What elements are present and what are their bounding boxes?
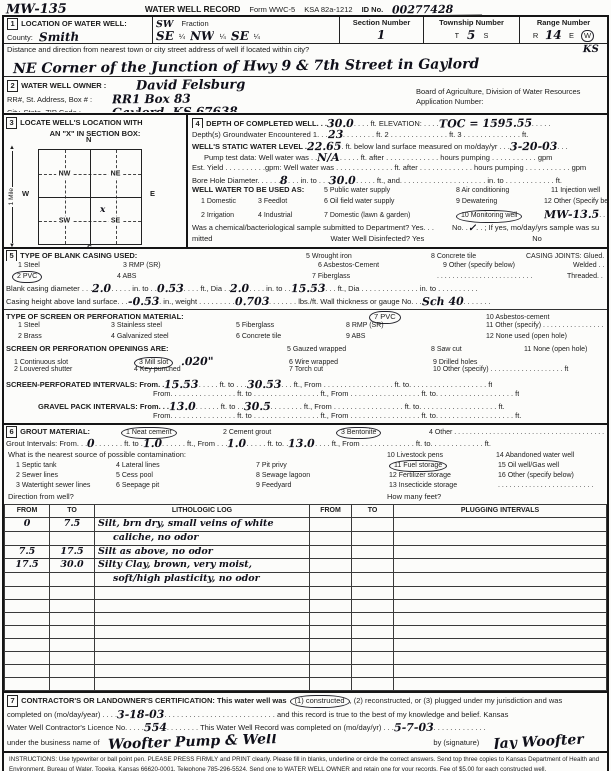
quadrant-sw: SW: [56, 216, 73, 225]
range-value: 14: [545, 29, 562, 41]
option: 1 Domestic: [201, 197, 258, 206]
option: 5 Wrought iron: [306, 252, 431, 261]
section-6-number: 6: [6, 426, 17, 438]
county-label: County:: [7, 33, 33, 43]
option: 9 ABS: [346, 332, 486, 341]
log-cell: [310, 587, 352, 600]
option: 7 Pit privy: [256, 461, 389, 470]
option: 4 Lateral lines: [116, 461, 256, 470]
section-3-number: 3: [6, 117, 17, 129]
casing-diameter-value-1: 2.0: [92, 282, 111, 293]
licence-number-value: 554: [144, 722, 167, 733]
township-value: 5: [467, 29, 475, 41]
log-cell: [394, 652, 607, 665]
log-cell: [50, 678, 95, 691]
locate-heading-1: LOCATE WELL'S LOCATION WITH: [20, 118, 142, 128]
option: 6 Oil field water supply: [324, 197, 456, 206]
certification-text-1: , (2) reconstructed, or (3) plugged unde…: [350, 696, 563, 706]
pvc-option: 2 PVC: [12, 271, 42, 283]
option: 9 Feedyard: [256, 481, 389, 490]
section-number-cell: Section Number 1: [339, 17, 423, 43]
static-water-date-value: 3-20-03: [510, 141, 558, 152]
option-pvc-circled: 2 PVC: [12, 271, 117, 283]
casing-depth-value-1: 0.53: [157, 282, 184, 293]
grout-to-2-value: 13.0: [288, 438, 315, 449]
constructed-option: (1) constructed: [295, 696, 345, 706]
distance-value: NE Corner of the Junction of Hwy 9 & 7th…: [7, 53, 604, 76]
casing-diameter-value-2: 2.0: [230, 282, 249, 293]
casing-heading-cell: 5TYPE OF BLANK CASING USED:: [6, 250, 306, 261]
licence-label: Water Well Contractor's Licence No. . . …: [7, 723, 144, 733]
bentonite-option: 3 Bentonite: [336, 427, 381, 439]
section-grout: 6GROUT MATERIAL:1 Neat cement2 Cement gr…: [4, 423, 607, 504]
table-row: [5, 678, 607, 691]
log-cell: [352, 559, 394, 573]
dots: . . .: [557, 142, 567, 151]
option: 1 Steel: [18, 261, 123, 270]
monitoring-well-option: 10 Monitoring well: [456, 210, 522, 222]
table-row: 17.530.0Silty Clay, brown, very moist,: [5, 559, 607, 573]
range-w-circled: W: [581, 30, 594, 42]
form-body: 1LOCATION OF WATER WELL: County:Smith SW…: [2, 15, 609, 771]
dots: . . . . ft., Dia . .: [184, 284, 231, 294]
log-header-plugging: PLUGGING INTERVALS: [394, 505, 607, 518]
dots: . . . . . . . . . . . . . . . . . . . . …: [437, 272, 532, 281]
contamination-question: What is the nearest source of possible c…: [6, 450, 387, 460]
casing-diameter-label: Blank casing diameter . . .: [6, 284, 92, 294]
log-header-row: FROM TO LITHOLOGIC LOG FROM TO PLUGGING …: [5, 505, 607, 518]
casing-height-value: -0.53: [128, 295, 159, 306]
option: 10 Other (specify) . . . . . . . . . . .…: [433, 365, 605, 374]
table-row: [5, 652, 607, 665]
screen-intervals-label: SCREEN-PERFORATED INTERVALS: From. .: [6, 380, 164, 389]
option: 11 Injection well: [551, 186, 607, 195]
option: 4 Other . . . . . . . . . . . . . . . . …: [429, 428, 605, 437]
option: 12 None used (open hole): [486, 332, 605, 341]
dots: . . . . . . ft. to . .: [196, 402, 244, 411]
section-location: 1LOCATION OF WATER WELL: County:Smith SW…: [4, 17, 607, 44]
owner-city-label: City, State, ZIP Code :: [7, 108, 112, 112]
quarter-mark: ¼: [220, 32, 226, 42]
elevation-label: . . . . ft. ELEVATION: . . . .: [354, 119, 439, 128]
form-header: MW-135 WATER WELL RECORD Form WWC-5 KSA …: [2, 1, 609, 15]
depth-label: DEPTH OF COMPLETED WELL. . .: [206, 119, 327, 128]
option: 4 Galvanized steel: [111, 332, 236, 341]
log-cell: [5, 600, 50, 613]
log-cell: [5, 652, 50, 665]
log-cell: [352, 573, 394, 587]
compass-w: W: [22, 189, 29, 199]
board-line2: Application Number:: [416, 97, 604, 107]
elevation-value: TOC = 1595.55: [439, 118, 532, 129]
log-cell: [310, 518, 352, 532]
dots: . . . . . . . . ft., From . . . . . . . …: [271, 402, 505, 411]
use-heading: WELL WATER TO BE USED AS:: [192, 185, 324, 195]
wall-thickness-label: . . . . . . . lbs./ft. Wall thickness or…: [269, 297, 422, 307]
option: 5 Public water supply: [324, 186, 456, 195]
one-mile-scale: ▲1 Mile▼: [7, 145, 17, 247]
table-row: [5, 587, 607, 600]
owner-address-value: RR1 Box 83: [112, 93, 191, 106]
log-cell: [95, 600, 310, 613]
dots: . . . . . . . ft. to .: [95, 439, 143, 449]
option: 14 Abandoned water well: [496, 451, 605, 460]
pump-test-label: Pump test data: Well water was . .: [204, 153, 317, 162]
signature-value: Jay Woofter: [493, 734, 584, 749]
option: 6 Seepage pit: [116, 481, 256, 490]
completed-on-label: completed on (mo/day/year) . . . .: [7, 710, 117, 720]
sample-no-label: No. .: [452, 223, 468, 233]
option: 13 Insecticide storage: [389, 481, 498, 490]
casing-weight-value: 0.703: [235, 295, 270, 306]
option-monitoring-circled: 10 Monitoring well: [456, 210, 544, 222]
table-row: [5, 600, 607, 613]
arrow-down-icon: ▼: [9, 243, 15, 247]
static-date-label: . ft. below land surface measured on mo/…: [341, 142, 509, 151]
table-row: 7.517.5Silt as above, no odor: [5, 545, 607, 559]
distance-value-state: KS: [583, 45, 599, 76]
quarter-mark: ¼: [254, 32, 260, 42]
fraction-label: Fraction: [182, 19, 209, 29]
log-cell-to: 17.5: [50, 545, 95, 559]
log-cell: [5, 639, 50, 652]
option: 12 Other (Specify below): [544, 197, 607, 206]
option: 6 Asbestos-Cement: [318, 261, 443, 270]
log-header-from: FROM: [5, 505, 50, 518]
water-well-record-form: MW-135 WATER WELL RECORD Form WWC-5 KSA …: [0, 0, 611, 771]
dots: . . . . . in. to . .: [111, 284, 156, 294]
log-cell: [394, 545, 607, 559]
compass-e: E: [150, 189, 155, 199]
log-cell-text: soft/high plasticity, no odor: [95, 573, 310, 587]
log-cell: [310, 600, 352, 613]
section-screen-material: TYPE OF SCREEN OR PERFORATION MATERIAL:7…: [4, 310, 607, 344]
log-cell: [394, 518, 607, 532]
welded-label: Welded . . . . . . . . . . . . . . . . .: [538, 261, 605, 270]
log-cell-to: [50, 573, 95, 587]
option: 1 Steel: [18, 321, 111, 330]
well-x-mark: x: [100, 206, 105, 215]
dots: . . . . . . . . . . . . .: [434, 723, 486, 733]
option: 7 Domestic (lawn & garden): [324, 211, 456, 220]
fraction-value-3: SE: [231, 30, 249, 42]
dots: . . . . . . ft., From . . .: [162, 439, 227, 449]
log-cell: [5, 626, 50, 639]
grout-from-2-value: 1.0: [227, 438, 246, 449]
option: 8 Air conditioning: [456, 186, 551, 195]
dots: . . . . ft., From . . . . . . . . . . . …: [315, 439, 491, 449]
log-cell: [352, 626, 394, 639]
id-number-value: 00277428: [392, 4, 482, 17]
grout-intervals-label: Grout Intervals: From. . .: [6, 439, 87, 449]
section-3-4: 3LOCATE WELL'S LOCATION WITH AN "X" IN S…: [4, 115, 607, 249]
option: 12 Fertilizer storage: [389, 471, 498, 480]
log-cell: [352, 639, 394, 652]
log-cell: [50, 613, 95, 626]
section-1-number: 1: [7, 18, 18, 30]
log-cell: [310, 531, 352, 545]
direction-question: Direction from well?: [6, 492, 387, 502]
option: 5 Gauzed wrapped: [287, 345, 431, 354]
range-cell: Range Number R14EW: [519, 17, 607, 43]
option: 2 Sewer lines: [16, 471, 116, 480]
section-well-data: 4DEPTH OF COMPLETED WELL. . .30.0. . . .…: [188, 115, 607, 247]
owner-fields: 2WATER WELL OWNER :David Felsburg RR#, S…: [7, 78, 416, 112]
section-locate-box: 3LOCATE WELL'S LOCATION WITH AN "X" IN S…: [4, 115, 188, 247]
log-cell: [394, 559, 607, 573]
range-w: W: [584, 31, 591, 41]
casing-depth-value-2: 15.53: [291, 282, 326, 293]
log-cell: [95, 639, 310, 652]
township-s: S: [483, 31, 488, 41]
option: 3 Stainless steel: [111, 321, 236, 330]
log-cell: [352, 652, 394, 665]
dots: . . . in. to . . .: [288, 176, 329, 185]
dots: . . . . . ft. to. .: [247, 439, 289, 449]
log-cell: [50, 626, 95, 639]
wall-thickness-value: Sch 40: [422, 295, 464, 306]
distance-block: Distance and direction from nearest town…: [4, 44, 607, 77]
log-cell: [394, 639, 607, 652]
log-cell: [310, 613, 352, 626]
log-cell: [50, 587, 95, 600]
option: 2 Irrigation: [201, 211, 258, 220]
township-cell: Township Number T5S: [423, 17, 519, 43]
log-cell: [394, 626, 607, 639]
range-r: R: [533, 31, 538, 41]
table-row: [5, 639, 607, 652]
owner-city-value: Gaylord, KS 67638: [112, 106, 238, 112]
log-cell: [310, 665, 352, 678]
monitoring-well-value: MW-13.5: [544, 209, 599, 221]
log-cell-text: caliche, no odor: [95, 531, 310, 545]
option: 11 Other (specify) . . . . . . . . . . .…: [486, 321, 605, 330]
form-title: WATER WELL RECORD: [145, 4, 241, 15]
interval-continuation: From. . . . . . . . . . . . . . . . ft. …: [153, 389, 519, 399]
log-cell: [394, 573, 607, 587]
quadrant-ne: NE: [108, 169, 124, 178]
gravel-intervals-label: GRAVEL PACK INTERVALS: From. . .: [38, 402, 169, 411]
quarter-mark: ¼: [179, 32, 185, 42]
dots: . . . . .: [532, 119, 551, 128]
lithologic-log-table: FROM TO LITHOLOGIC LOG FROM TO PLUGGING …: [4, 504, 607, 691]
option: 2 Louvered shutter: [14, 365, 134, 374]
log-cell-to: 30.0: [50, 559, 95, 573]
range-e: E: [569, 31, 574, 41]
log-cell: [95, 613, 310, 626]
section-number-label: Section Number: [343, 18, 420, 28]
log-cell: [5, 613, 50, 626]
log-cell: [310, 573, 352, 587]
log-cell: [394, 613, 607, 626]
casing-joints-label: CASING JOINTS: Glued. . . . . . Clamped.…: [526, 252, 605, 261]
dots: . . . . . . . . . .: [599, 211, 607, 220]
table-row: caliche, no odor: [5, 531, 607, 545]
log-cell: [352, 613, 394, 626]
sample-no-check: ✓: [468, 223, 476, 233]
section-number-value: 1: [377, 29, 385, 41]
dots: . . . . . ft. to . . .: [199, 380, 247, 389]
dots: . . . . . . .: [464, 297, 491, 307]
fraction-pre-value: SW: [156, 20, 174, 29]
log-header-to: TO: [50, 505, 95, 518]
section-owner: 2WATER WELL OWNER :David Felsburg RR#, S…: [4, 77, 607, 115]
log-cell: [352, 665, 394, 678]
sample-question: Was a chemical/bacteriological sample su…: [192, 223, 434, 233]
range-label: Range Number: [523, 18, 604, 28]
table-row: soft/high plasticity, no odor: [5, 573, 607, 587]
depth-completed-value: 30.0: [327, 118, 354, 129]
casing-height-label: Casing height above land surface. . .: [6, 297, 128, 307]
county-cell: 1LOCATION OF WATER WELL: County:Smith: [4, 17, 152, 43]
option: 6 Concrete tile: [236, 332, 346, 341]
option: 9 Dewatering: [456, 197, 544, 206]
log-cell-text: Silt as above, no odor: [95, 545, 310, 559]
sample-question-3: mitted: [192, 234, 212, 244]
table-row: [5, 665, 607, 678]
log-cell: [95, 652, 310, 665]
section-5-number: 5: [6, 250, 17, 261]
log-cell: [394, 587, 607, 600]
option-bentonite-circled: 3 Bentonite: [336, 427, 429, 439]
log-cell-from: 17.5: [5, 559, 50, 573]
log-cell: [50, 652, 95, 665]
log-cell-from: [5, 573, 50, 587]
option: 10 Livestock pens: [387, 451, 496, 460]
option: 8 Saw cut: [431, 345, 524, 354]
log-cell: [394, 678, 607, 691]
option: 7 Torch cut: [289, 365, 433, 374]
log-cell: [5, 665, 50, 678]
option: 16 Other (specify below): [498, 471, 605, 480]
log-cell: [5, 587, 50, 600]
table-row: [5, 626, 607, 639]
log-cell: [50, 639, 95, 652]
bore-depth-value: 30.0: [329, 175, 356, 186]
township-t: T: [455, 31, 460, 41]
form-number: Form WWC-5: [249, 5, 295, 15]
log-cell-from: [5, 531, 50, 545]
dots: . . . . . ft., and. . . . . . . . . . . …: [356, 176, 562, 185]
bore-diameter-value: 8: [280, 175, 288, 185]
log-cell-text: Silty Clay, brown, very moist,: [95, 559, 310, 573]
option: 8 RMP (SR): [346, 321, 486, 330]
fraction-value-2: NW: [190, 30, 215, 42]
signature-label: by (signature): [433, 738, 479, 748]
log-cell: [394, 531, 607, 545]
owner-address-label: RR#, St. Address, Box # :: [7, 95, 112, 105]
record-date-value: 5-7-03: [394, 722, 434, 733]
table-row: [5, 613, 607, 626]
dots: . . . . . . . . . . . . . . . . . . . . …: [498, 481, 605, 490]
completed-date-value: 3-18-03: [117, 709, 165, 720]
quadrant-nw: NW: [56, 169, 74, 178]
instructions-note: INSTRUCTIONS: Use typewriter or ball poi…: [4, 751, 607, 771]
grout-from-1-value: 0: [87, 438, 95, 449]
option: 2 Brass: [18, 332, 111, 341]
section-intervals: SCREEN-PERFORATED INTERVALS: From. .15.5…: [4, 377, 607, 423]
township-label: Township Number: [427, 18, 516, 28]
interval-continuation: From. . . . . . . . . . . . . . . . ft. …: [153, 411, 521, 421]
section-7-number: 7: [7, 695, 18, 707]
log-cell-to: [50, 531, 95, 545]
log-cell: [352, 531, 394, 545]
casing-heading: TYPE OF BLANK CASING USED:: [20, 251, 137, 261]
id-label: ID No.: [362, 5, 384, 15]
log-cell: [95, 587, 310, 600]
option: 9 Other (specify below): [443, 261, 538, 270]
log-cell: [352, 518, 394, 532]
compass-n: N: [86, 135, 91, 145]
section-grid: N S W E ▲1 Mile▼ NW NE SW SE x: [4, 135, 186, 247]
owner-heading: WATER WELL OWNER :: [21, 81, 106, 91]
option: 11 None (open hole): [524, 345, 605, 354]
est-yield-label: Est. Yield . . . . . . . . . .gpm: Well …: [192, 163, 586, 173]
log-cell-text: Silt, brn dry, small veins of white: [95, 518, 310, 532]
location-heading: LOCATION OF WATER WELL:: [21, 19, 127, 29]
threaded-cell: Threaded. . . .✓. . . . . . . . . . . .: [532, 271, 605, 281]
option: 3 Watertight sewer lines: [16, 481, 116, 490]
log-cell: [310, 559, 352, 573]
log-cell: [310, 639, 352, 652]
screen-interval-from-value: 15.53: [164, 378, 199, 388]
dots: . . . . in. to . .: [250, 284, 291, 294]
option: 7 Fiberglass: [312, 272, 437, 281]
gravel-to-value: 30.5: [244, 400, 271, 410]
log-cell: [352, 545, 394, 559]
fraction-value-1: SE: [156, 30, 174, 42]
pump-test-value: N/A: [317, 152, 340, 163]
log-cell: [5, 678, 50, 691]
openings-heading: SCREEN OR PERFORATION OPENINGS ARE:: [6, 344, 287, 354]
option: 2 Cement grout: [223, 428, 336, 437]
business-name-value: Woofter Pump & Well: [107, 734, 276, 749]
business-name-label: under the business name of: [7, 738, 100, 748]
table-row: 07.5Silt, brn dry, small veins of white: [5, 518, 607, 532]
dots: . . . . . ft. after . . . . . . . . . . …: [340, 153, 553, 162]
log-cell: [50, 600, 95, 613]
option: 8 Concrete tile: [431, 252, 526, 261]
section-4-number: 4: [192, 118, 203, 128]
statute-ref: KSA 82a-1212: [304, 5, 352, 15]
dots: . . . ft., From . . . . . . . . . . . . …: [281, 380, 492, 389]
option: 5 Fiberglass: [236, 321, 346, 330]
log-cell: [95, 678, 310, 691]
section-2-number: 2: [7, 80, 18, 92]
log-cell: [50, 665, 95, 678]
log-cell: [310, 678, 352, 691]
quadrant-se: SE: [108, 216, 123, 225]
log-cell: [310, 652, 352, 665]
option: 1 Septic tank: [16, 461, 116, 470]
log-cell: [394, 600, 607, 613]
section-casing: 5TYPE OF BLANK CASING USED:5 Wrought iro…: [4, 249, 607, 310]
static-level-label: WELL'S STATIC WATER LEVEL .: [192, 142, 307, 151]
option: 3 RMP (SR): [123, 261, 318, 270]
log-cell: [95, 626, 310, 639]
fraction-cell: SWFraction SE¼ NW¼ SE¼: [152, 17, 339, 43]
grout-to-1-value: 1.0: [143, 438, 162, 449]
screen-opening-size-value: .020": [181, 355, 214, 366]
sample-question-2: . . ; If yes, mo/day/yrs sample was su: [476, 223, 599, 233]
section-openings: SCREEN OR PERFORATION OPENINGS ARE:5 Gau…: [4, 343, 607, 377]
option: 8 Sewage lagoon: [256, 471, 389, 480]
option-constructed-circled: (1) constructed: [290, 695, 350, 708]
option: 4 Industrial: [258, 211, 324, 220]
static-water-level-value: 22.65: [307, 141, 342, 152]
owner-name-value: David Felsburg: [136, 78, 245, 92]
screen-interval-to-value: 30.53: [247, 378, 282, 388]
